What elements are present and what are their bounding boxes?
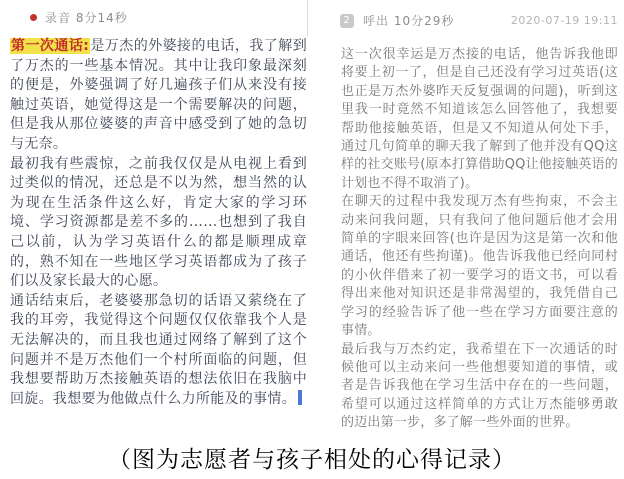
text-cursor <box>298 390 302 405</box>
note-paragraph: 第一次通话:是万杰的外婆接的电话，我了解到了万杰的一些基本情况。其中让我印象最深… <box>10 37 307 155</box>
paragraph-text: 通话结束后，老婆婆那急切的话语又萦绕在了我的耳旁，我觉得这个问题仅仅依靠我个人是… <box>10 293 307 407</box>
figure-caption: （图为志愿者与孩子相处的心得记录） <box>0 441 624 474</box>
notes-figure: 录音 8分14秒 第一次通话:是万杰的外婆接的电话，我了解到了万杰的一些基本情况… <box>0 0 624 479</box>
note-paragraph: 这一次很幸运是万杰接的电话，他告诉我他即将要上初一了，但是自己还没有学习过英语(… <box>341 46 618 193</box>
recording-label: 录音 8分14秒 <box>45 9 128 26</box>
call-header: 2 呼出 10分29秒 2020-07-19 19:11 <box>340 12 618 29</box>
note-paragraph: 最初我有些震惊，之前我仅仅是从电视上看到过类似的情况，还总是不以为然，想当然的认… <box>10 155 307 292</box>
highlighted-heading: 第一次通话: <box>10 38 90 54</box>
page-2-badge: 2 <box>340 14 354 28</box>
note-paragraph: 在聊天的过程中我发现万杰有些拘束，不会主动来问我问题，只有我问了他问题后他才会用… <box>341 193 618 340</box>
record-dot-icon <box>30 14 37 21</box>
recording-header: 录音 8分14秒 <box>30 9 128 26</box>
note-paragraph: 通话结束后，老婆婆那急切的话语又萦绕在了我的耳旁，我觉得这个问题仅仅依靠我个人是… <box>10 292 307 410</box>
panel-divider <box>307 0 308 36</box>
note-body-right[interactable]: 这一次很幸运是万杰接的电话，他告诉我他即将要上初一了，但是自己还没有学习过英语(… <box>341 46 618 433</box>
outgoing-call-label: 呼出 10分29秒 <box>363 12 454 29</box>
note-paragraph: 最后我与万杰约定，我希望在下一次通话的时候他可以主动来问一些他想要知道的事情，或… <box>341 341 618 433</box>
call-timestamp: 2020-07-19 19:11 <box>511 14 618 27</box>
note-body-left[interactable]: 第一次通话:是万杰的外婆接的电话，我了解到了万杰的一些基本情况。其中让我印象最深… <box>10 37 307 409</box>
paragraph-text: 是万杰的外婆接的电话，我了解到了万杰的一些基本情况。其中让我印象最深刻的便是，外… <box>10 38 307 152</box>
